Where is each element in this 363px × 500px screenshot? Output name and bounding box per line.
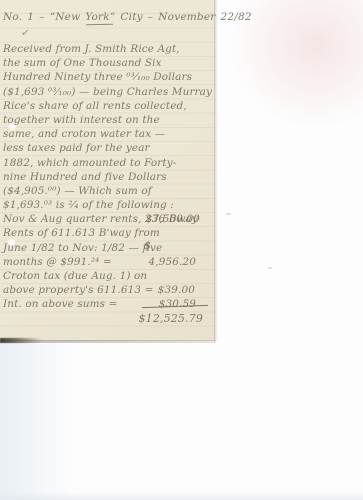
manuscript-line: Int. on above sums =$30.59 — [3, 297, 212, 311]
line-text: $1,693.⁰³ is ²⁄₄ of the following : — [3, 199, 174, 211]
line-text: Croton tax (due Aug. 1) on — [3, 270, 147, 282]
scan-background: No. 1 – “New York” City – November 22/82… — [0, 0, 363, 500]
manuscript-line: $1,693.⁰³ is ²⁄₄ of the following : — [3, 198, 212, 212]
line-text: nine Hundred and five Dollars — [3, 171, 167, 183]
line-text: Rice's share of all rents collected, — [3, 100, 187, 112]
line-text: less taxes paid for the year — [3, 142, 150, 154]
scan-blue-tint — [0, 344, 140, 500]
total-amount-value: $12,525.79 — [139, 312, 203, 326]
document-header-line: No. 1 – “New York” City – November 22/82 — [3, 11, 214, 23]
manuscript-line: Rice's share of all rents collected, — [3, 99, 212, 113]
line-text: ($1,693 ⁰³⁄₁₀₀) — being Charles Murray — [3, 86, 212, 98]
line-text: ($4,905.⁰⁰) — Which sum of — [3, 185, 152, 197]
line-text: together with interest on the — [3, 114, 160, 126]
manuscript-line: ($1,693 ⁰³⁄₁₀₀) — being Charles Murray — [3, 85, 212, 99]
line-text: the sum of One Thousand Six — [3, 57, 162, 69]
line-text: above property's 611.613 = — [3, 284, 153, 296]
line-text: months @ $991.²⁴ = — [3, 256, 112, 268]
amount-value: 4,956.20 — [149, 255, 196, 269]
scan-edge-shading — [0, 492, 363, 500]
manuscript-line: above property's 611.613 =$39.00 — [3, 283, 212, 297]
manuscript-line: Croton tax (due Aug. 1) on — [3, 269, 212, 283]
paper-shadow-right — [214, 0, 218, 341]
manuscript-line: Rents of 611.613 B'way from — [3, 226, 212, 240]
line-text: 1882, which amounted to Forty- — [3, 157, 176, 169]
city-underline-stroke — [86, 24, 113, 25]
manuscript-line: months @ $991.²⁴ =4,956.20 — [3, 255, 212, 269]
manuscript-line-total: $12,525.79 — [3, 312, 212, 326]
manuscript-line: the sum of One Thousand Six — [3, 56, 212, 70]
paper-corner-smudge — [0, 338, 42, 343]
line-text: same, and croton water tax — — [3, 128, 165, 140]
pen-check-mark: ✓ — [20, 27, 30, 39]
manuscript-line: less taxes paid for the year — [3, 141, 212, 155]
pencil-smudge — [268, 267, 272, 269]
manuscript-line: June 1/82 to Nov: 1/82 — five — [3, 241, 212, 255]
manuscript-body: Received from J. Smith Rice Agt, the sum… — [3, 42, 212, 326]
manuscript-line: together with interest on the — [3, 113, 212, 127]
pencil-smudge — [226, 213, 231, 215]
line-text: June 1/82 to Nov: 1/82 — five — [3, 242, 162, 254]
amount-value: $39.00 — [158, 283, 195, 297]
manuscript-line: Nov & Aug quarter rents, 236 Bway$7,500.… — [3, 212, 212, 226]
amount-value: $7,500.00 — [146, 212, 200, 226]
manuscript-line: 1882, which amounted to Forty- — [3, 156, 212, 170]
line-text: Int. on above sums = — [3, 298, 117, 310]
dollar-sign-mark: $ — [144, 239, 151, 252]
manuscript-line: Hundred Ninety three ⁰³⁄₁₀₀ Dollars — [3, 70, 212, 84]
line-text: Received from J. Smith Rice Agt, — [3, 43, 180, 55]
manuscript-line: ($4,905.⁰⁰) — Which sum of — [3, 184, 212, 198]
receipt-paper: No. 1 – “New York” City – November 22/82… — [0, 0, 215, 341]
manuscript-line: same, and croton water tax — — [3, 127, 212, 141]
line-text: Rents of 611.613 B'way from — [3, 227, 160, 239]
manuscript-line: nine Hundred and five Dollars — [3, 170, 212, 184]
manuscript-line: Received from J. Smith Rice Agt, — [3, 42, 212, 56]
line-text: Hundred Ninety three ⁰³⁄₁₀₀ Dollars — [3, 71, 192, 83]
